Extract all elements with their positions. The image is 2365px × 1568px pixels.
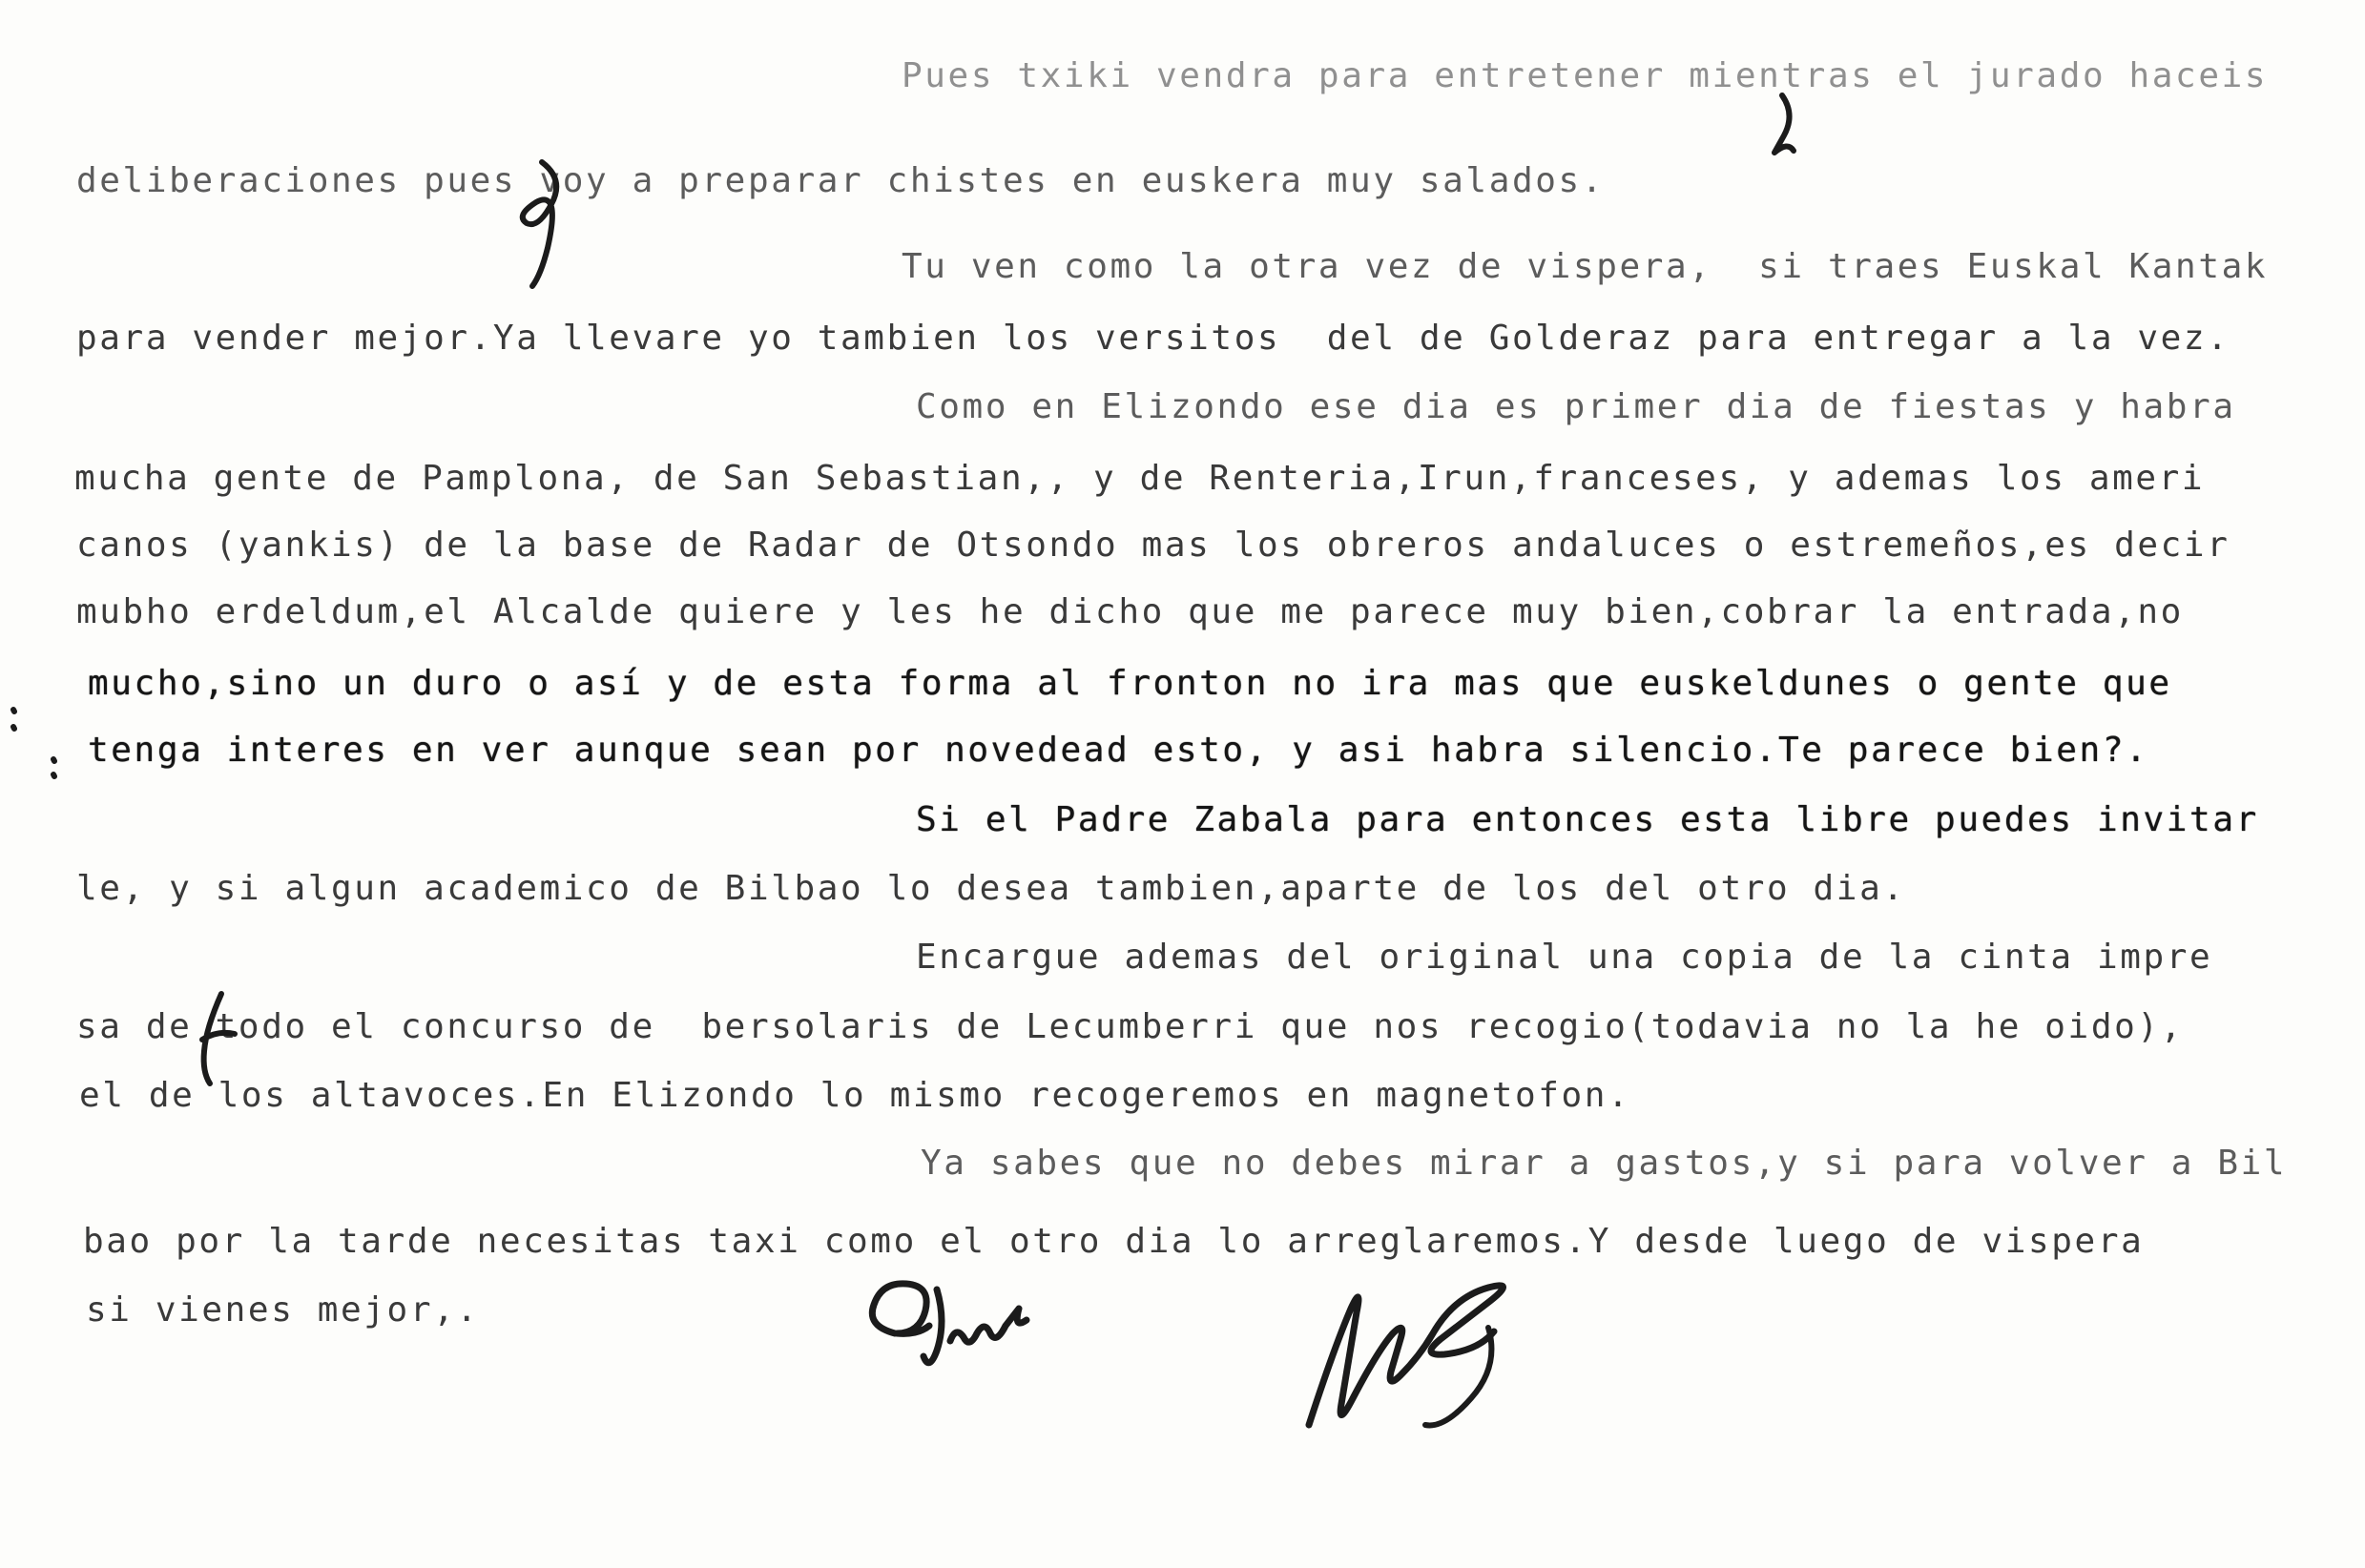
- letter-line: Tu ven como la otra vez de vispera, si t…: [902, 246, 2268, 288]
- handwritten-signature: [1309, 1286, 1504, 1426]
- pen-correction-mark: [1774, 95, 1794, 153]
- letter-line: el de los altavoces.En Elizondo lo mismo…: [79, 1075, 1630, 1117]
- letter-line: le, y si algun academico de Bilbao lo de…: [76, 868, 1906, 910]
- letter-line: deliberaciones pues voy a preparar chist…: [76, 160, 1605, 202]
- letter-line: si vienes mejor,.: [86, 1289, 480, 1331]
- letter-line: Encargue ademas del original una copia d…: [916, 937, 2212, 979]
- stray-mark: [13, 710, 54, 776]
- letter-line: Ya sabes que no debes mirar a gastos,y s…: [921, 1143, 2287, 1185]
- letter-line: mucha gente de Pamplona, de San Sebastia…: [74, 458, 2205, 500]
- letter-line: tenga interes en ver aunque sean por nov…: [88, 730, 2148, 772]
- letter-line: bao por la tarde necesitas taxi como el …: [83, 1221, 2144, 1263]
- letter-line: para vender mejor.Ya llevare yo tambien …: [76, 318, 2230, 360]
- letter-line: Pues txiki vendra para entretener mientr…: [902, 55, 2268, 97]
- letter-line: mubho erdeldum,el Alcalde quiere y les h…: [76, 591, 2184, 633]
- scanned-letter-page: Pues txiki vendra para entretener mientr…: [0, 0, 2365, 1568]
- letter-line: mucho,sino un duro o así y de esta forma…: [88, 663, 2172, 705]
- letter-line: Como en Elizondo ese dia es primer dia d…: [916, 386, 2236, 428]
- letter-line: sa de todo el concurso de bersolaris de …: [76, 1006, 2184, 1048]
- letter-line: Si el Padre Zabala para entonces esta li…: [916, 799, 2259, 841]
- handwritten-marks-layer: [0, 0, 2365, 1568]
- handwritten-agur: [872, 1284, 1027, 1363]
- letter-line: canos (yankis) de la base de Radar de Ot…: [76, 525, 2230, 567]
